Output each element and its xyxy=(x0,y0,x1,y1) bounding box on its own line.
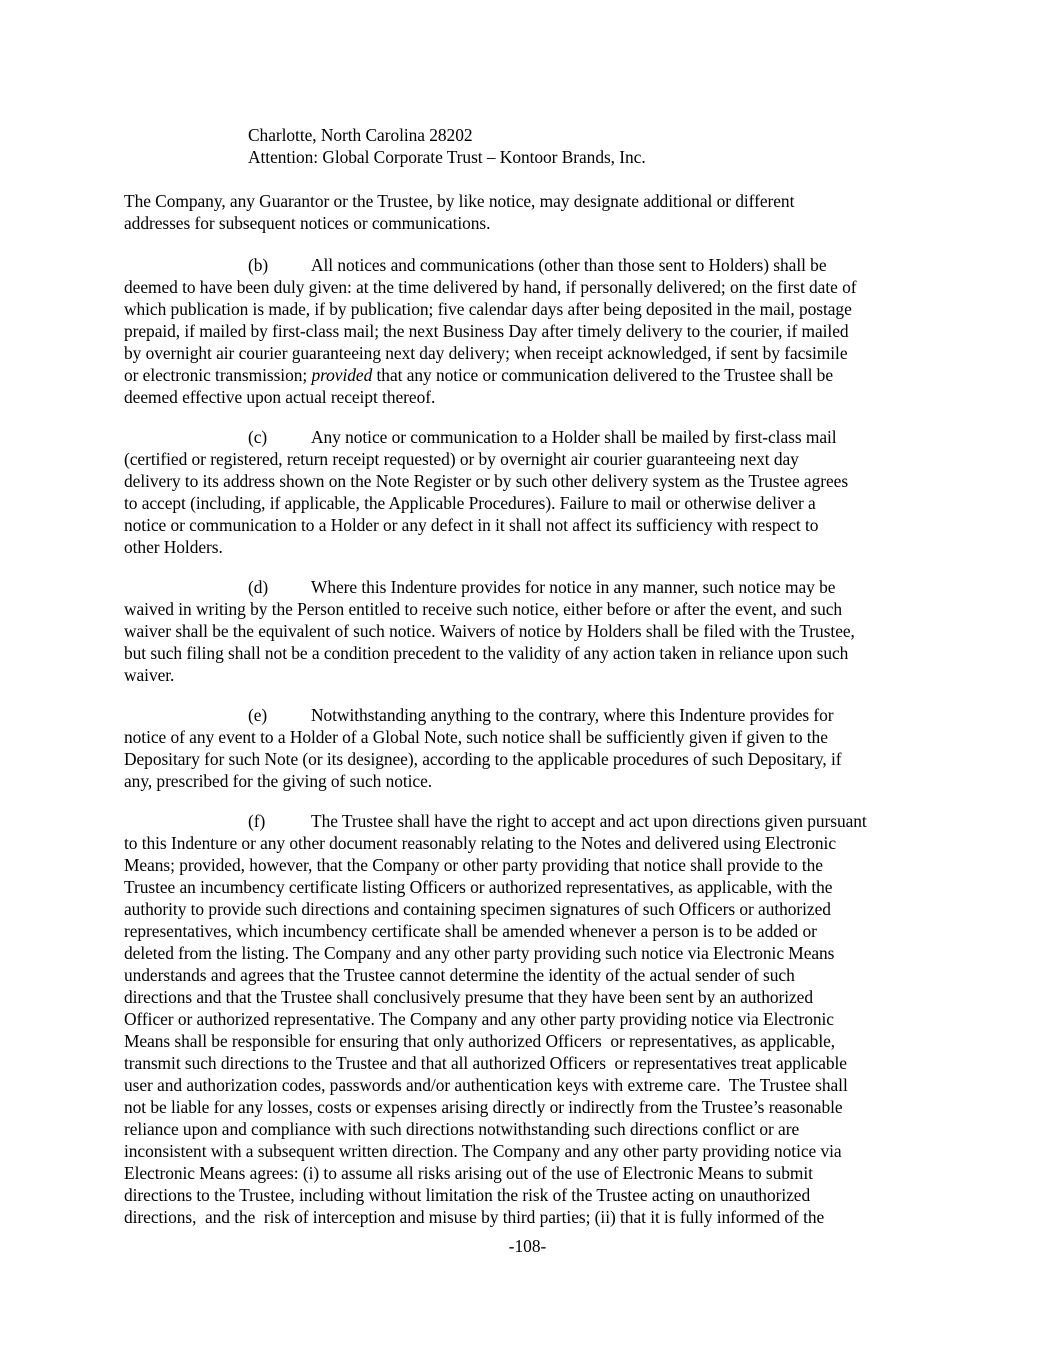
paragraph-f-first-line: (f)The Trustee shall have the right to a… xyxy=(248,810,867,832)
paragraph-f-line: Means; provided, however, that the Compa… xyxy=(124,854,823,876)
paragraph-f-line: Trustee an incumbency certificate listin… xyxy=(124,876,832,898)
paragraph-b-line: which publication is made, if by publica… xyxy=(124,298,852,320)
paragraph-f-line: representatives, which incumbency certif… xyxy=(124,920,817,942)
paragraph-c-line: to accept (including, if applicable, the… xyxy=(124,492,816,514)
paragraph-f-line: user and authorization codes, passwords … xyxy=(124,1074,848,1096)
paragraph-d-line: waiver. xyxy=(124,664,174,686)
paragraph-c-line: (certified or registered, return receipt… xyxy=(124,448,799,470)
italic-provided: provided xyxy=(311,365,372,385)
paragraph-f-line: understands and agrees that the Trustee … xyxy=(124,964,795,986)
paragraph-f-line: not be liable for any losses, costs or e… xyxy=(124,1096,843,1118)
paragraph-b-line: deemed effective upon actual receipt the… xyxy=(124,386,435,408)
paragraph-f-line: Means shall be responsible for ensuring … xyxy=(124,1030,835,1052)
paragraph-c-line: notice or communication to a Holder or a… xyxy=(124,514,818,536)
document-page: Charlotte, North Carolina 28202 Attentio… xyxy=(0,0,1055,1365)
paragraph-b-line: by overnight air courier guaranteeing ne… xyxy=(124,342,847,364)
paragraph-c-line: other Holders. xyxy=(124,536,223,558)
intro-paragraph-line: addresses for subsequent notices or comm… xyxy=(124,212,490,234)
paragraph-f-line: directions, and the risk of interception… xyxy=(124,1206,824,1228)
paragraph-f-line: authority to provide such directions and… xyxy=(124,898,831,920)
paragraph-b-first-line: (b)All notices and communications (other… xyxy=(248,254,827,276)
paragraph-f-line: Electronic Means agrees: (i) to assume a… xyxy=(124,1162,813,1184)
paragraph-f-line: reliance upon and compliance with such d… xyxy=(124,1118,799,1140)
paragraph-label-e: (e) xyxy=(248,704,311,726)
paragraph-b-line: prepaid, if mailed by first-class mail; … xyxy=(124,320,849,342)
paragraph-label-b: (b) xyxy=(248,254,311,276)
paragraph-e-line: notice of any event to a Holder of a Glo… xyxy=(124,726,828,748)
paragraph-label-c: (c) xyxy=(248,426,311,448)
intro-paragraph-line: The Company, any Guarantor or the Truste… xyxy=(124,190,794,212)
paragraph-b-line: deemed to have been duly given: at the t… xyxy=(124,276,857,298)
paragraph-label-f: (f) xyxy=(248,810,311,832)
address-line-attention: Attention: Global Corporate Trust – Kont… xyxy=(248,146,646,168)
paragraph-e-line: Depositary for such Note (or its designe… xyxy=(124,748,842,770)
paragraph-f-line: inconsistent with a subsequent written d… xyxy=(124,1140,842,1162)
paragraph-f-line: directions and that the Trustee shall co… xyxy=(124,986,813,1008)
paragraph-e-line: any, prescribed for the giving of such n… xyxy=(124,770,432,792)
paragraph-e-first-line: (e)Notwithstanding anything to the contr… xyxy=(248,704,834,726)
paragraph-d-first-line: (d)Where this Indenture provides for not… xyxy=(248,576,835,598)
paragraph-f-line: directions to the Trustee, including wit… xyxy=(124,1184,810,1206)
page-number: -108- xyxy=(0,1235,1055,1257)
paragraph-c-line: delivery to its address shown on the Not… xyxy=(124,470,848,492)
paragraph-f-line: deleted from the listing. The Company an… xyxy=(124,942,834,964)
paragraph-f-line: transmit such directions to the Trustee … xyxy=(124,1052,847,1074)
address-line-city: Charlotte, North Carolina 28202 xyxy=(248,124,473,146)
paragraph-label-d: (d) xyxy=(248,576,311,598)
paragraph-d-line: but such filing shall not be a condition… xyxy=(124,642,848,664)
paragraph-c-first-line: (c)Any notice or communication to a Hold… xyxy=(248,426,837,448)
paragraph-f-line: to this Indenture or any other document … xyxy=(124,832,836,854)
paragraph-b-line-provided: or electronic transmission; provided tha… xyxy=(124,364,833,386)
paragraph-f-line: Officer or authorized representative. Th… xyxy=(124,1008,834,1030)
paragraph-d-line: waiver shall be the equivalent of such n… xyxy=(124,620,855,642)
paragraph-d-line: waived in writing by the Person entitled… xyxy=(124,598,842,620)
